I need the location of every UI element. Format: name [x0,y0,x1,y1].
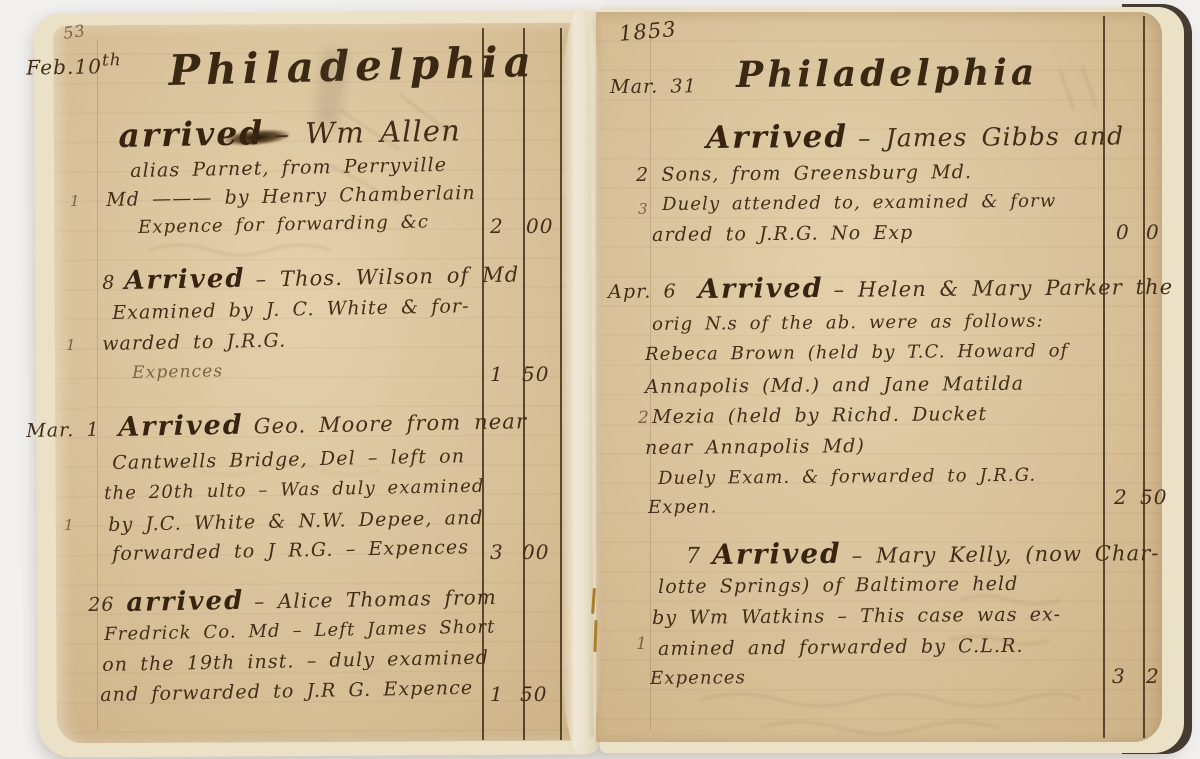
margin-tally: 1 [636,634,647,654]
margin-tally: 1 [70,192,80,210]
entry-keyword: Arrived [698,273,824,305]
entry-day: 26 [88,593,115,616]
amount-cents: 50 [1140,485,1167,509]
amount-dollars: 1 [490,682,504,706]
amount-dollars: 2 [490,214,504,238]
entry-opening: – Thos. Wilson of Md [255,262,519,291]
amount-dollars: 2 [1114,485,1128,509]
entry-day: 8 [102,272,116,294]
amount-cents: 0 [1146,220,1160,244]
ledger-line: near Annapolis Md) [645,435,865,459]
entry-day: Mar. 1 [26,419,100,442]
ledger-line: Expen. [648,496,718,518]
entry-keyword: Arrived [124,264,246,296]
amount-cents: 2 [1146,664,1160,688]
ledger-line: Duely attended to, examined & forw [662,191,1056,215]
column-rule [560,28,562,740]
entry-day: 7 [686,544,701,569]
amount-dollars: 0 [1116,220,1130,244]
entry-opening: Geo. Moore from near [253,409,527,438]
entry-opening: – Mary Kelly, (now Char- [852,541,1160,568]
ledger-line: by Wm Watkins – This case was ex- [652,603,1061,629]
entry-keyword: Arrived [706,119,848,156]
margin-tally: 1 [64,516,74,534]
entry-date: Feb.10th [26,50,122,79]
ledger-line: Mezia (held by Richd. Ducket [652,403,987,428]
amount-dollars: 3 [490,540,504,564]
amount-cents: 50 [520,682,547,706]
ledger-entry-line: arrived– Wm Allen [118,109,461,155]
ledger-line: arded to J.R.G. No Exp [652,222,913,246]
margin-tally: 1 [66,336,76,354]
ledger-entry-line: Arrived– James Gibbs and [706,116,1124,156]
ledger-line: amined and forwarded by C.L.R. [658,635,1024,660]
margin-tally: 3 [638,200,648,218]
year-label: 1853 [618,17,678,46]
journal-spread: 53 Feb.10th Philadelphia arrived– Wm All… [0,0,1200,759]
entry-keyword: arrived [118,113,265,155]
ledger-line: 2 Sons, from Greensburg Md. [636,161,972,186]
entry-opening: – Alice Thomas from [254,585,497,614]
column-rule [1143,16,1145,738]
entry-day: Apr. 6 [608,280,677,303]
margin-tally: 2 [638,408,649,428]
entry-date-text: Feb.10 [26,54,102,79]
ledger-line: Duely Exam. & forwarded to J.R.G. [658,465,1036,489]
ledger-line: lotte Springs) of Baltimore held [658,573,1019,598]
entry-keyword: arrived [126,586,245,618]
amount-dollars: 3 [1112,664,1126,688]
margin-rule [97,40,98,730]
entry-opening: – James Gibbs and [858,121,1124,152]
entry-keyword: Arrived [118,410,244,443]
entry-date-sup: th [102,50,122,69]
page-number: 53 [62,21,87,43]
ledger-entry-line: Arrived– Mary Kelly, (now Char- [712,534,1160,571]
amount-dollars: 1 [490,362,504,386]
entry-opening: – Helen & Mary Parker the [833,275,1173,302]
page-title: Philadelphia [168,37,537,95]
ledger-line: orig N.s of the ab. were as follows: [652,311,1044,335]
page-title: Philadelphia [736,51,1038,96]
entry-opening: – Wm Allen [274,113,461,151]
ledger-entry-line: Arrived– Helen & Mary Parker the [698,270,1173,305]
ledger-line: Expences [132,361,223,383]
amount-cents: 00 [522,540,549,564]
entry-keyword: Arrived [712,537,842,571]
ledger-line: Expences [650,667,746,689]
amount-cents: 00 [526,214,553,238]
ledger-line: Annapolis (Md.) and Jane Matilda [645,373,1024,398]
ledger-line: Rebeca Brown (held by T.C. Howard of [645,340,1068,365]
amount-cents: 50 [522,362,549,386]
ledger-line: warded to J.R.G. [102,329,286,355]
entry-date: Mar. 31 [610,75,697,98]
